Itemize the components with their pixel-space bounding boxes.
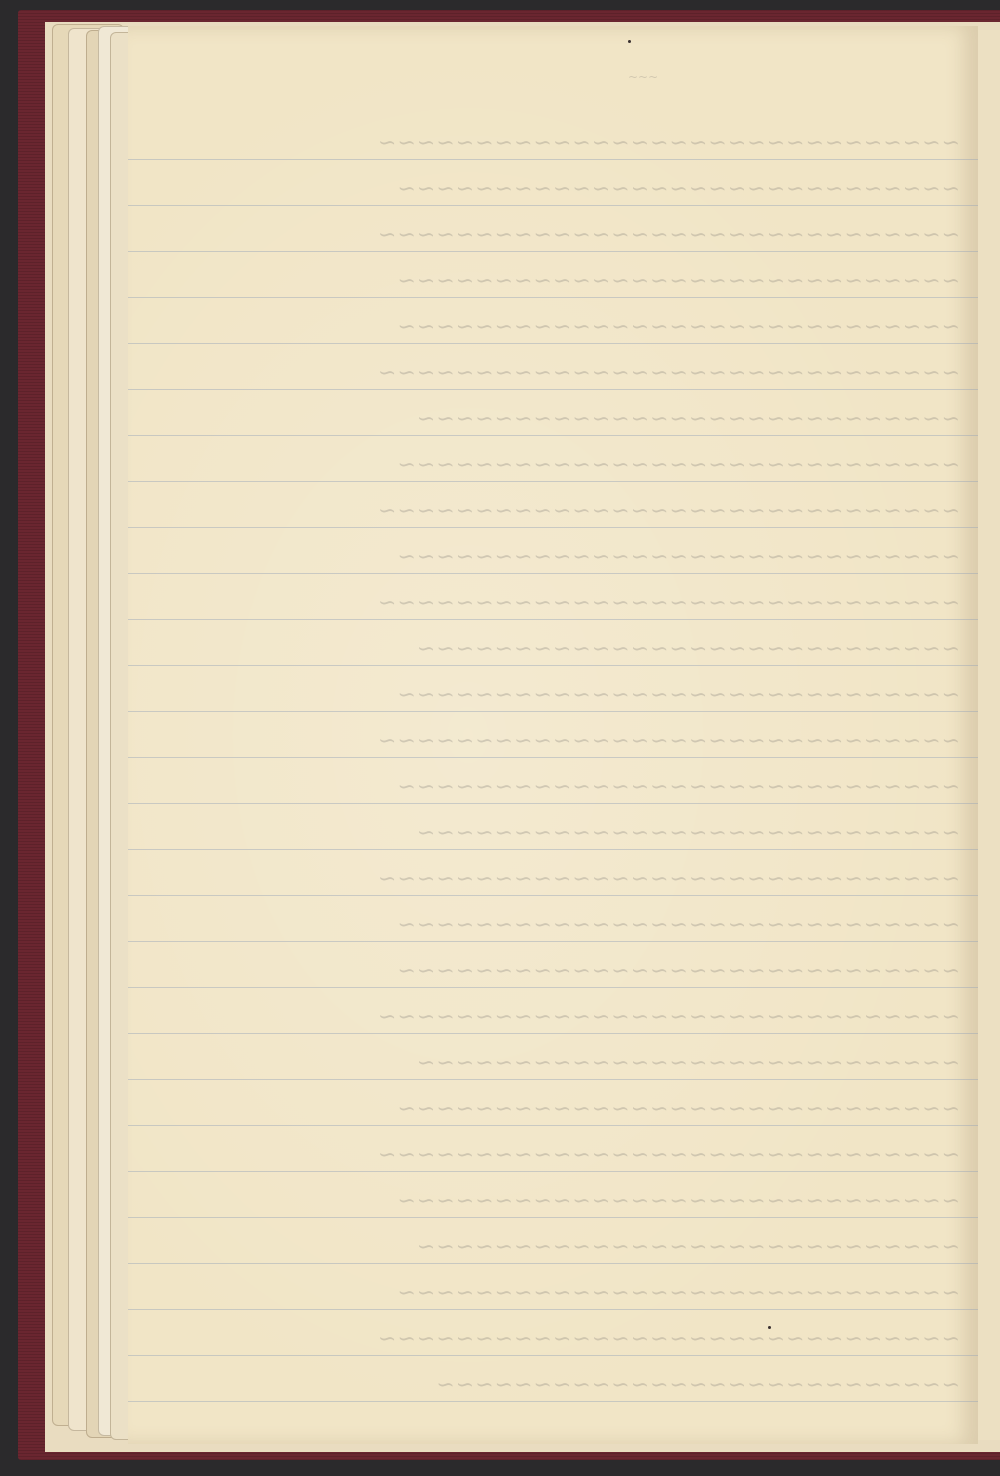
bleed-through-text-line: ~~~~~~~~~~~~~~~~~~~~~~~~~~~~~ <box>140 315 960 345</box>
bleed-through-text-line: ~~~~~~~~~~~~~~~~~~~~~~~~~~~~ <box>140 821 960 851</box>
bleed-through-text-line: ~~~~~~~~~~~~~~~~~~~~~~~~~~~~~ <box>140 775 960 805</box>
bleed-through-text-line: ~~~~~~~~~~~~~~~~~~~~~~~~~~~~~~ <box>140 361 960 391</box>
bleed-through-text-line: ~~~~~~~~~~~~~~~~~~~~~~~~~~~~~~ <box>140 1005 960 1035</box>
bleed-through-text-line: ~~~~~~~~~~~~~~~~~~~~~~~~~~~~~ <box>140 269 960 299</box>
bleed-through-text-line: ~~~~~~~~~~~~~~~~~~~~~~~~~~~~~~ <box>140 729 960 759</box>
bleed-through-text-line: ~~~~~~~~~~~~~~~~~~~~~~~~~~~~~ <box>140 959 960 989</box>
bleed-through-text-line: ~~~~~~~~~~~~~~~~~~~~~~~~~~~~~ <box>140 1097 960 1127</box>
bleed-through-text-line: ~~~~~~~~~~~~~~~~~~~~~~~~~~~~~~ <box>140 131 960 161</box>
page-header-mark: ~~~ <box>628 70 668 80</box>
bleed-through-text-line: ~~~~~~~~~~~~~~~~~~~~~~~~~~~~ <box>140 637 960 667</box>
bleed-through-text-line: ~~~~~~~~~~~~~~~~~~~~~~~~~~~~~~ <box>140 223 960 253</box>
bleed-through-text-line: ~~~~~~~~~~~~~~~~~~~~~~~~~~~~ <box>140 407 960 437</box>
ink-spot <box>628 40 631 43</box>
bleed-through-text-line: ~~~~~~~~~~~~~~~~~~~~~~~~~~~~~ <box>140 453 960 483</box>
bleed-through-text-line: ~~~~~~~~~~~~~~~~~~~~~~~~~~~~~~ <box>140 1327 960 1357</box>
bleed-through-text-line: ~~~~~~~~~~~~~~~~~~~~~~~~~~~~~ <box>140 683 960 713</box>
bleed-through-text-line: ~~~~~~~~~~~~~~~~~~~~~~~~~~~~~~ <box>140 499 960 529</box>
bleed-through-text-line: ~~~~~~~~~~~~~~~~~~~~~~~~~~~~ <box>140 1235 960 1265</box>
bleed-through-text-line: ~~~~~~~~~~~~~~~~~~~~~~~~~~~~~ <box>140 1281 960 1311</box>
bleed-through-text-line: ~~~~~~~~~~~~~~~~~~~~~~~~~~~~~ <box>140 177 960 207</box>
bleed-through-text-line: ~~~~~~~~~~~~~~~~~~~~~~~~~~~~~ <box>140 545 960 575</box>
bleed-through-text-line: ~~~~~~~~~~~~~~~~~~~~~~~~~~~ <box>140 1373 960 1403</box>
bleed-through-text-line: ~~~~~~~~~~~~~~~~~~~~~~~~~~~~~~ <box>140 867 960 897</box>
bleed-through-text-line: ~~~~~~~~~~~~~~~~~~~~~~~~~~~~~ <box>140 1189 960 1219</box>
bleed-through-text-line: ~~~~~~~~~~~~~~~~~~~~~~~~~~~~~~ <box>140 591 960 621</box>
bleed-through-text-line: ~~~~~~~~~~~~~~~~~~~~~~~~~~~~~~ <box>140 1143 960 1173</box>
manuscript-page: ~~~ ~~~~~~~~~~~~~~~~~~~~~~~~~~~~~~~~~~~~… <box>128 26 978 1444</box>
bleed-through-text-line: ~~~~~~~~~~~~~~~~~~~~~~~~~~~~~ <box>140 913 960 943</box>
bleed-through-text-line: ~~~~~~~~~~~~~~~~~~~~~~~~~~~~ <box>140 1051 960 1081</box>
